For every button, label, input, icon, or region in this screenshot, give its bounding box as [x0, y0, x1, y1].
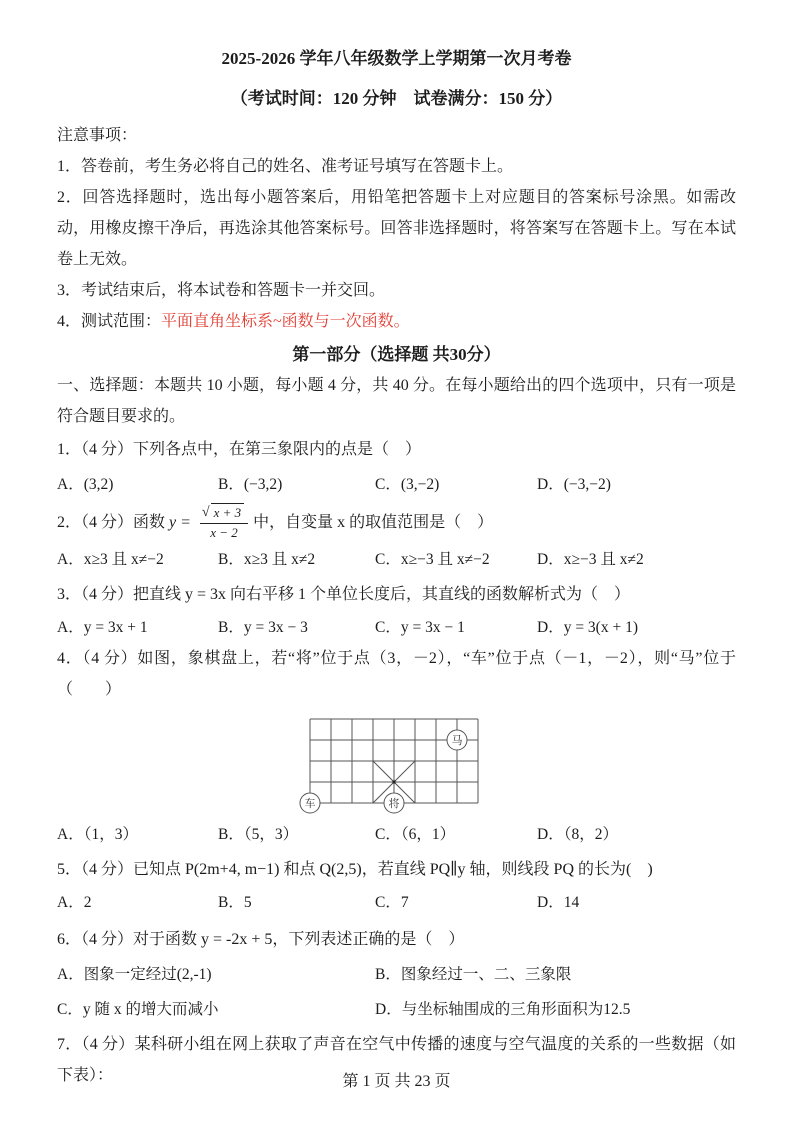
question-4-option-b: B．（5，3）	[218, 819, 375, 850]
notice-item-3: 3．考试结束后，将本试卷和答题卡一并交回。	[57, 275, 736, 306]
notice-item-2: 2．回答选择题时，选出每小题答案后，用铅笔把答题卡上对应题目的答案标号涂黑。如需…	[57, 182, 736, 275]
notice-heading: 注意事项：	[57, 120, 736, 151]
question-5-option-c: C．7	[375, 887, 537, 918]
question-5-option-b: B．5	[218, 887, 375, 918]
question-6-option-a: A．图象一定经过(2,-1)	[57, 959, 375, 990]
exam-subtitle: （考试时间：120 分钟 试卷满分：150 分）	[57, 86, 736, 112]
question-3-stem: 3．（4 分）把直线 y = 3x 向右平移 1 个单位长度后，其直线的函数解析…	[57, 579, 736, 610]
question-5-option-a: A．2	[57, 887, 218, 918]
question-4-option-c: C．（6，1）	[375, 819, 537, 850]
question-4-option-d: D．（8，2）	[537, 819, 736, 850]
question-6-stem: 6．（4 分）对于函数 y = -2x + 5，下列表述正确的是（ ）	[57, 924, 736, 955]
question-1-option-a: A．(3,2)	[57, 469, 218, 500]
chess-piece-车: 车	[300, 793, 320, 813]
question-2-option-d: D．x≥−3 且 x≠2	[537, 544, 736, 575]
question-1-option-b: B．(−3,2)	[218, 469, 375, 500]
exam-page: 2025-2026 学年八年级数学上学期第一次月考卷 （考试时间：120 分钟 …	[0, 0, 793, 1091]
chessboard: 车将马	[298, 707, 736, 815]
question-5-options: A．2 B．5 C．7 D．14	[57, 887, 736, 918]
question-2: 2．（4 分）函数 y = √x + 3 x − 2 中，自变量 x 的取值范围…	[57, 500, 736, 575]
question-3-option-a: A．y = 3x + 1	[57, 612, 218, 643]
section-header: 第一部分（选择题 共30分）	[57, 339, 736, 370]
svg-text:马: 马	[452, 734, 463, 747]
question-2-option-b: B．x≥3 且 x≠2	[218, 544, 375, 575]
formula-lhs: y =	[169, 507, 191, 538]
test-scope: 平面直角坐标系~函数与一次函数。	[161, 313, 410, 330]
question-2-stem-pre: 2．（4 分）函数	[57, 507, 165, 538]
question-2-stem-post: 中，自变量 x 的取值范围是（ ）	[253, 507, 493, 538]
section-intro: 一、选择题：本题共 10 小题，每小题 4 分，共 40 分。在每小题给出的四个…	[57, 370, 736, 432]
question-4-stem: 4．（4 分）如图，象棋盘上，若“将”位于点（3，－2），“车”位于点（－1，－…	[57, 643, 736, 705]
question-2-option-c: C．x≥−3 且 x≠−2	[375, 544, 537, 575]
svg-text:将: 将	[389, 796, 400, 810]
formula-numerator: √x + 3	[200, 503, 248, 523]
question-5: 5．（4 分）已知点 P(2m+4, m−1) 和点 Q(2,5)，若直线 PQ…	[57, 854, 736, 918]
question-2-option-a: A．x≥3 且 x≠−2	[57, 544, 218, 575]
palace-center-dot	[393, 781, 396, 784]
chessboard-svg: 车将马	[298, 707, 490, 815]
question-2-stem: 2．（4 分）函数 y = √x + 3 x − 2 中，自变量 x 的取值范围…	[57, 500, 736, 544]
question-6-option-c: C．y 随 x 的增大而减小	[57, 994, 375, 1025]
question-1-option-c: C．(3,−2)	[375, 469, 537, 500]
question-6-option-d: D．与坐标轴围成的三角形面积为12.5	[375, 994, 736, 1025]
question-6-options-row-2: C．y 随 x 的增大而减小 D．与坐标轴围成的三角形面积为12.5	[57, 994, 736, 1025]
page-footer: 第 1 页 共 23 页	[0, 1068, 793, 1091]
question-4-option-a: A．（1，3）	[57, 819, 218, 850]
notice-item-4: 4．测试范围：平面直角坐标系~函数与一次函数。	[57, 306, 736, 337]
formula-denominator: x − 2	[210, 524, 238, 541]
question-1-options: A．(3,2) B．(−3,2) C．(3,−2) D．(−3,−2)	[57, 469, 736, 500]
question-2-options: A．x≥3 且 x≠−2 B．x≥3 且 x≠2 C．x≥−3 且 x≠−2 D…	[57, 544, 736, 575]
question-3-option-c: C．y = 3x − 1	[375, 612, 537, 643]
question-1-stem: 1．（4 分）下列各点中，在第三象限内的点是（ ）	[57, 434, 736, 465]
question-3-option-b: B．y = 3x − 3	[218, 612, 375, 643]
chess-piece-将: 将	[384, 793, 404, 813]
question-3-options: A．y = 3x + 1 B．y = 3x − 3 C．y = 3x − 1 D…	[57, 612, 736, 643]
question-1-option-d: D．(−3,−2)	[537, 469, 736, 500]
question-3-option-d: D．y = 3(x + 1)	[537, 612, 736, 643]
radical-sign: √	[202, 504, 210, 522]
question-6-option-b: B．图象经过一、二、三象限	[375, 959, 736, 990]
question-6-options-row-1: A．图象一定经过(2,-1) B．图象经过一、二、三象限	[57, 959, 736, 990]
notice-item-1: 1．答卷前，考生务必将自己的姓名、准考证号填写在答题卡上。	[57, 151, 736, 182]
question-5-option-d: D．14	[537, 887, 736, 918]
notice-item-4-prefix: 4．测试范围：	[57, 313, 161, 330]
question-6: 6．（4 分）对于函数 y = -2x + 5，下列表述正确的是（ ） A．图象…	[57, 924, 736, 1025]
question-4: 4．（4 分）如图，象棋盘上，若“将”位于点（3，－2），“车”位于点（－1，－…	[57, 643, 736, 850]
exam-title: 2025-2026 学年八年级数学上学期第一次月考卷	[57, 46, 736, 72]
question-5-stem: 5．（4 分）已知点 P(2m+4, m−1) 和点 Q(2,5)，若直线 PQ…	[57, 854, 736, 885]
question-3: 3．（4 分）把直线 y = 3x 向右平移 1 个单位长度后，其直线的函数解析…	[57, 579, 736, 643]
chess-piece-马: 马	[447, 730, 467, 750]
formula-fraction: √x + 3 x − 2	[200, 503, 248, 541]
svg-text:车: 车	[305, 797, 316, 810]
question-4-options: A．（1，3） B．（5，3） C．（6，1） D．（8，2）	[57, 819, 736, 850]
question-1: 1．（4 分）下列各点中，在第三象限内的点是（ ） A．(3,2) B．(−3,…	[57, 434, 736, 500]
